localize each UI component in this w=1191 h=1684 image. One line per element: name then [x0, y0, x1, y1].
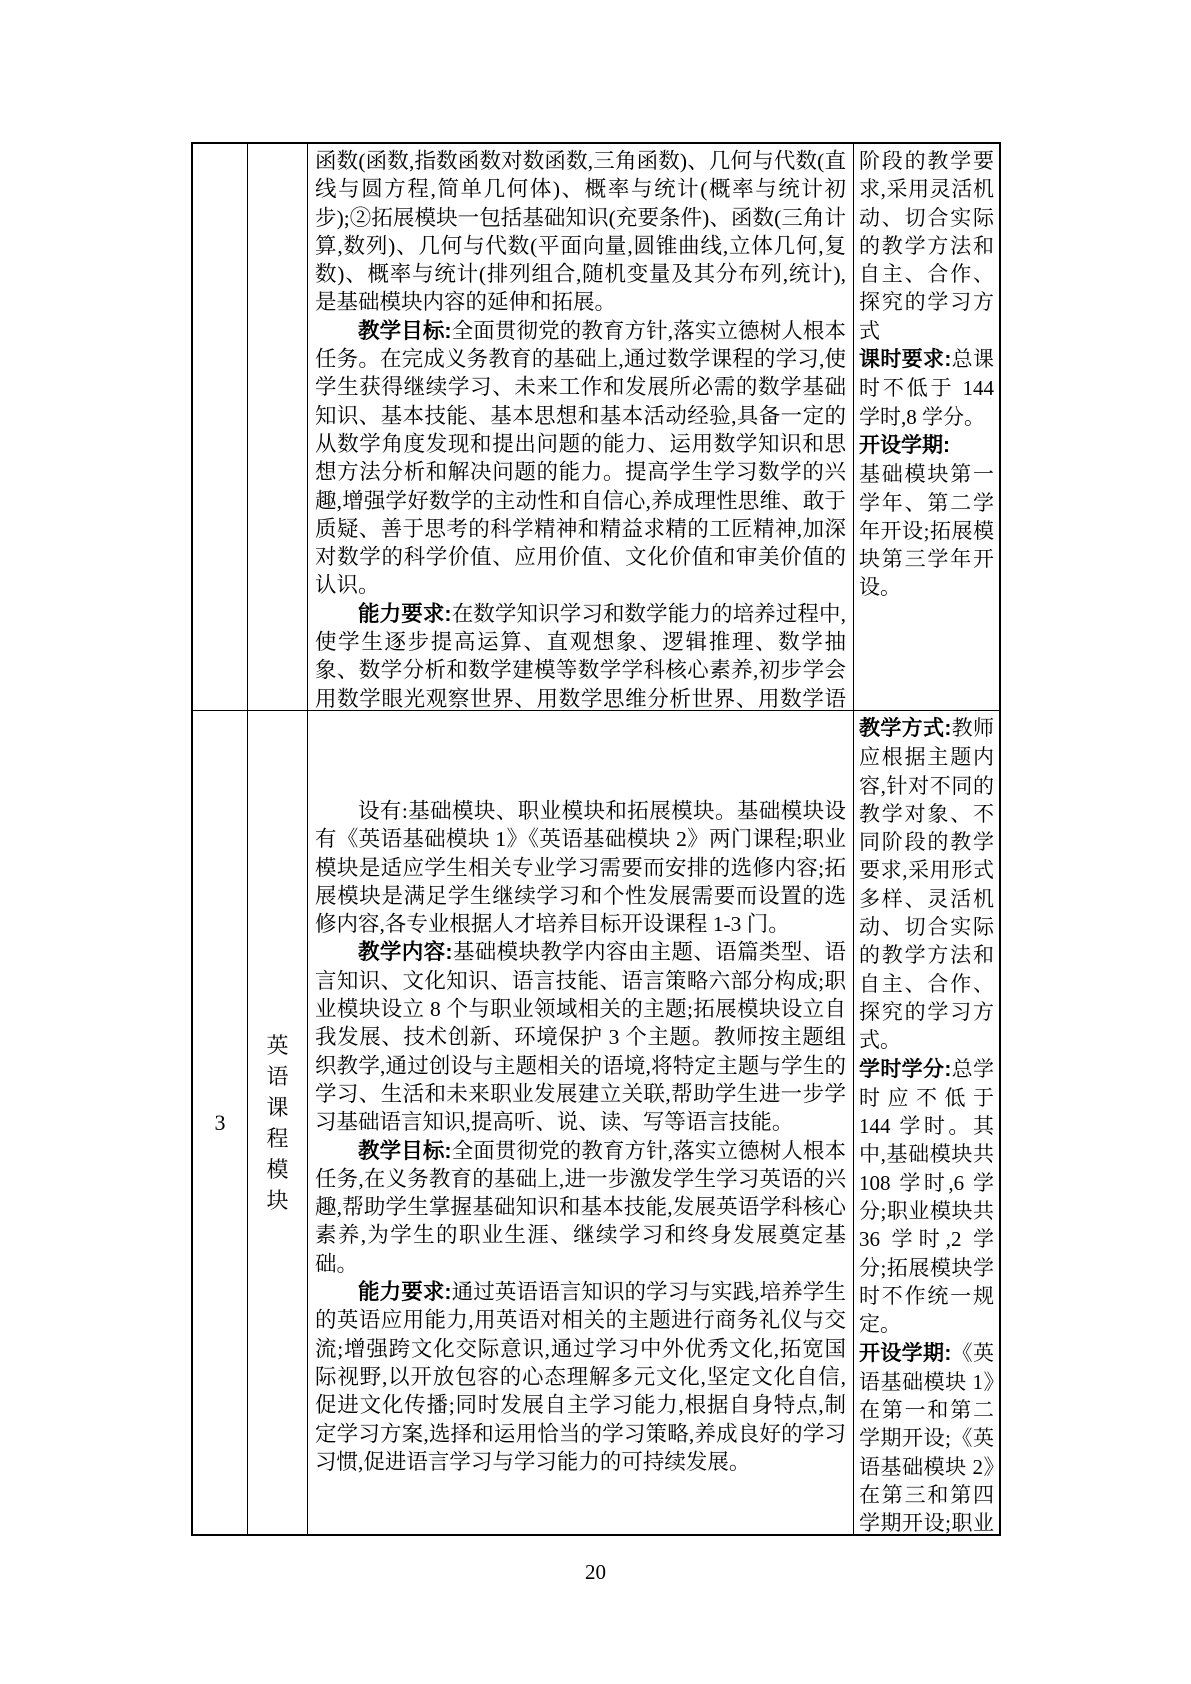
paragraph-label: 教学目标: [358, 1139, 452, 1163]
paragraph-label: 能力要求: [358, 1280, 452, 1304]
paragraph-ability-requirements: 能力要求:在数学知识学习和数学能力的培养过程中,使学生逐步提高运算、直观想象、逻… [315, 600, 846, 711]
paragraph-label: 学时学分: [859, 1058, 951, 1081]
row1-number-cell [193, 144, 248, 711]
paragraph-text: 教师应根据主题内容,针对不同的教学对象、不同阶段的教学要求,采用形式多样、灵活机… [859, 716, 994, 1052]
row2-requirements-cell: 教学方式:教师应根据主题内容,针对不同的教学对象、不同阶段的教学要求,采用形式多… [854, 711, 999, 1534]
paragraph-text: 函数(函数,指数函数对数函数,三角函数)、几何与代数(直线与圆方程,简单几何体)… [315, 149, 846, 314]
course-name: 英语课程模块 [256, 1030, 299, 1216]
curriculum-table: 函数(函数,指数函数对数函数,三角函数)、几何与代数(直线与圆方程,简单几何体)… [191, 142, 1001, 1536]
paragraph-label: 教学目标: [358, 319, 452, 343]
row1-course-name-cell [248, 144, 308, 711]
paragraph-label: 教学方式: [859, 717, 951, 740]
paragraph-text: 基础模块教学内容由主题、语篇类型、语言知识、文化知识、语言技能、语言策略六部分构… [315, 940, 846, 1134]
paragraph-modules-overview: 设有:基础模块、职业模块和拓展模块。基础模块设有《英语基础模块 1》《英语基础模… [315, 797, 846, 938]
paragraph-ability-requirements: 能力要求:通过英语语言知识的学习与实践,培养学生的英语应用能力,用英语对相关的主… [315, 1278, 846, 1476]
paragraph-text: 通过英语语言知识的学习与实践,培养学生的英语应用能力,用英语对相关的主题进行商务… [315, 1280, 846, 1474]
paragraph-semester-label: 开设学期: [859, 431, 994, 460]
paragraph-semester: 开设学期:《英语基础模块 1》在第一和第二学期开设;《英语基础模块 2》在第三和… [859, 1339, 994, 1534]
paragraph-continuation: 函数(函数,指数函数对数函数,三角函数)、几何与代数(直线与圆方程,简单几何体)… [315, 147, 846, 317]
page-number: 20 [0, 1560, 1191, 1585]
paragraph-hours-credits: 学时学分:总学时应不低于 144 学时。其中,基础模块共 108 学时,6 学分… [859, 1055, 994, 1339]
paragraph-text: 《英语基础模块 1》在第一和第二学期开设;《英语基础模块 2》在第三和第四学期开… [859, 1341, 994, 1534]
row2-course-name-cell: 英语课程模块 [248, 711, 308, 1534]
paragraph-teaching-content: 教学内容:基础模块教学内容由主题、语篇类型、语言知识、文化知识、语言技能、语言策… [315, 938, 846, 1136]
paragraph-teaching-goals: 教学目标:全面贯彻党的教育方针,落实立德树人根本任务,在义务教育的基础上,进一步… [315, 1137, 846, 1278]
paragraph-teaching-goals: 教学目标:全面贯彻党的教育方针,落实立德树人根本任务。在完成义务教育的基础上,通… [315, 317, 846, 600]
paragraph-teaching-method: 教学方式:教师应根据主题内容,针对不同的教学对象、不同阶段的教学要求,采用形式多… [859, 714, 994, 1055]
paragraph-text: 全面贯彻党的教育方针,落实立德树人根本任务。在完成义务教育的基础上,通过数学课程… [315, 319, 846, 598]
row1-requirements-cell: 阶段的教学要求,采用灵活机动、切合实际的教学方法和自主、合作、探究的学习方式 课… [854, 144, 999, 711]
paragraph-label: 教学内容: [358, 940, 453, 964]
paragraph-continuation: 阶段的教学要求,采用灵活机动、切合实际的教学方法和自主、合作、探究的学习方式 [859, 147, 994, 345]
paragraph-text: 阶段的教学要求,采用灵活机动、切合实际的教学方法和自主、合作、探究的学习方式 [859, 149, 994, 343]
paragraph-label: 能力要求: [358, 602, 452, 626]
row2-number-cell: 3 [193, 711, 248, 1534]
paragraph-text: 总学时应不低于 144 学时。其中,基础模块共 108 学时,6 学分;职业模块… [859, 1057, 994, 1337]
paragraph-label: 课时要求: [859, 348, 951, 371]
row-number: 3 [215, 1110, 226, 1136]
paragraph-text: 基础模块第一学年、第二学年开设;拓展模块第三学年开设。 [859, 462, 994, 599]
paragraph-class-hours: 课时要求:总课时不低于 144 学时,8 学分。 [859, 345, 994, 431]
row1-course-description-cell: 函数(函数,指数函数对数函数,三角函数)、几何与代数(直线与圆方程,简单几何体)… [308, 144, 854, 711]
paragraph-label: 开设学期: [859, 434, 950, 457]
paragraph-semester-text: 基础模块第一学年、第二学年开设;拓展模块第三学年开设。 [859, 460, 994, 601]
row2-course-description-cell: 设有:基础模块、职业模块和拓展模块。基础模块设有《英语基础模块 1》《英语基础模… [308, 711, 854, 1534]
paragraph-label: 开设学期: [859, 1342, 951, 1365]
paragraph-text: 设有:基础模块、职业模块和拓展模块。基础模块设有《英语基础模块 1》《英语基础模… [315, 799, 846, 936]
